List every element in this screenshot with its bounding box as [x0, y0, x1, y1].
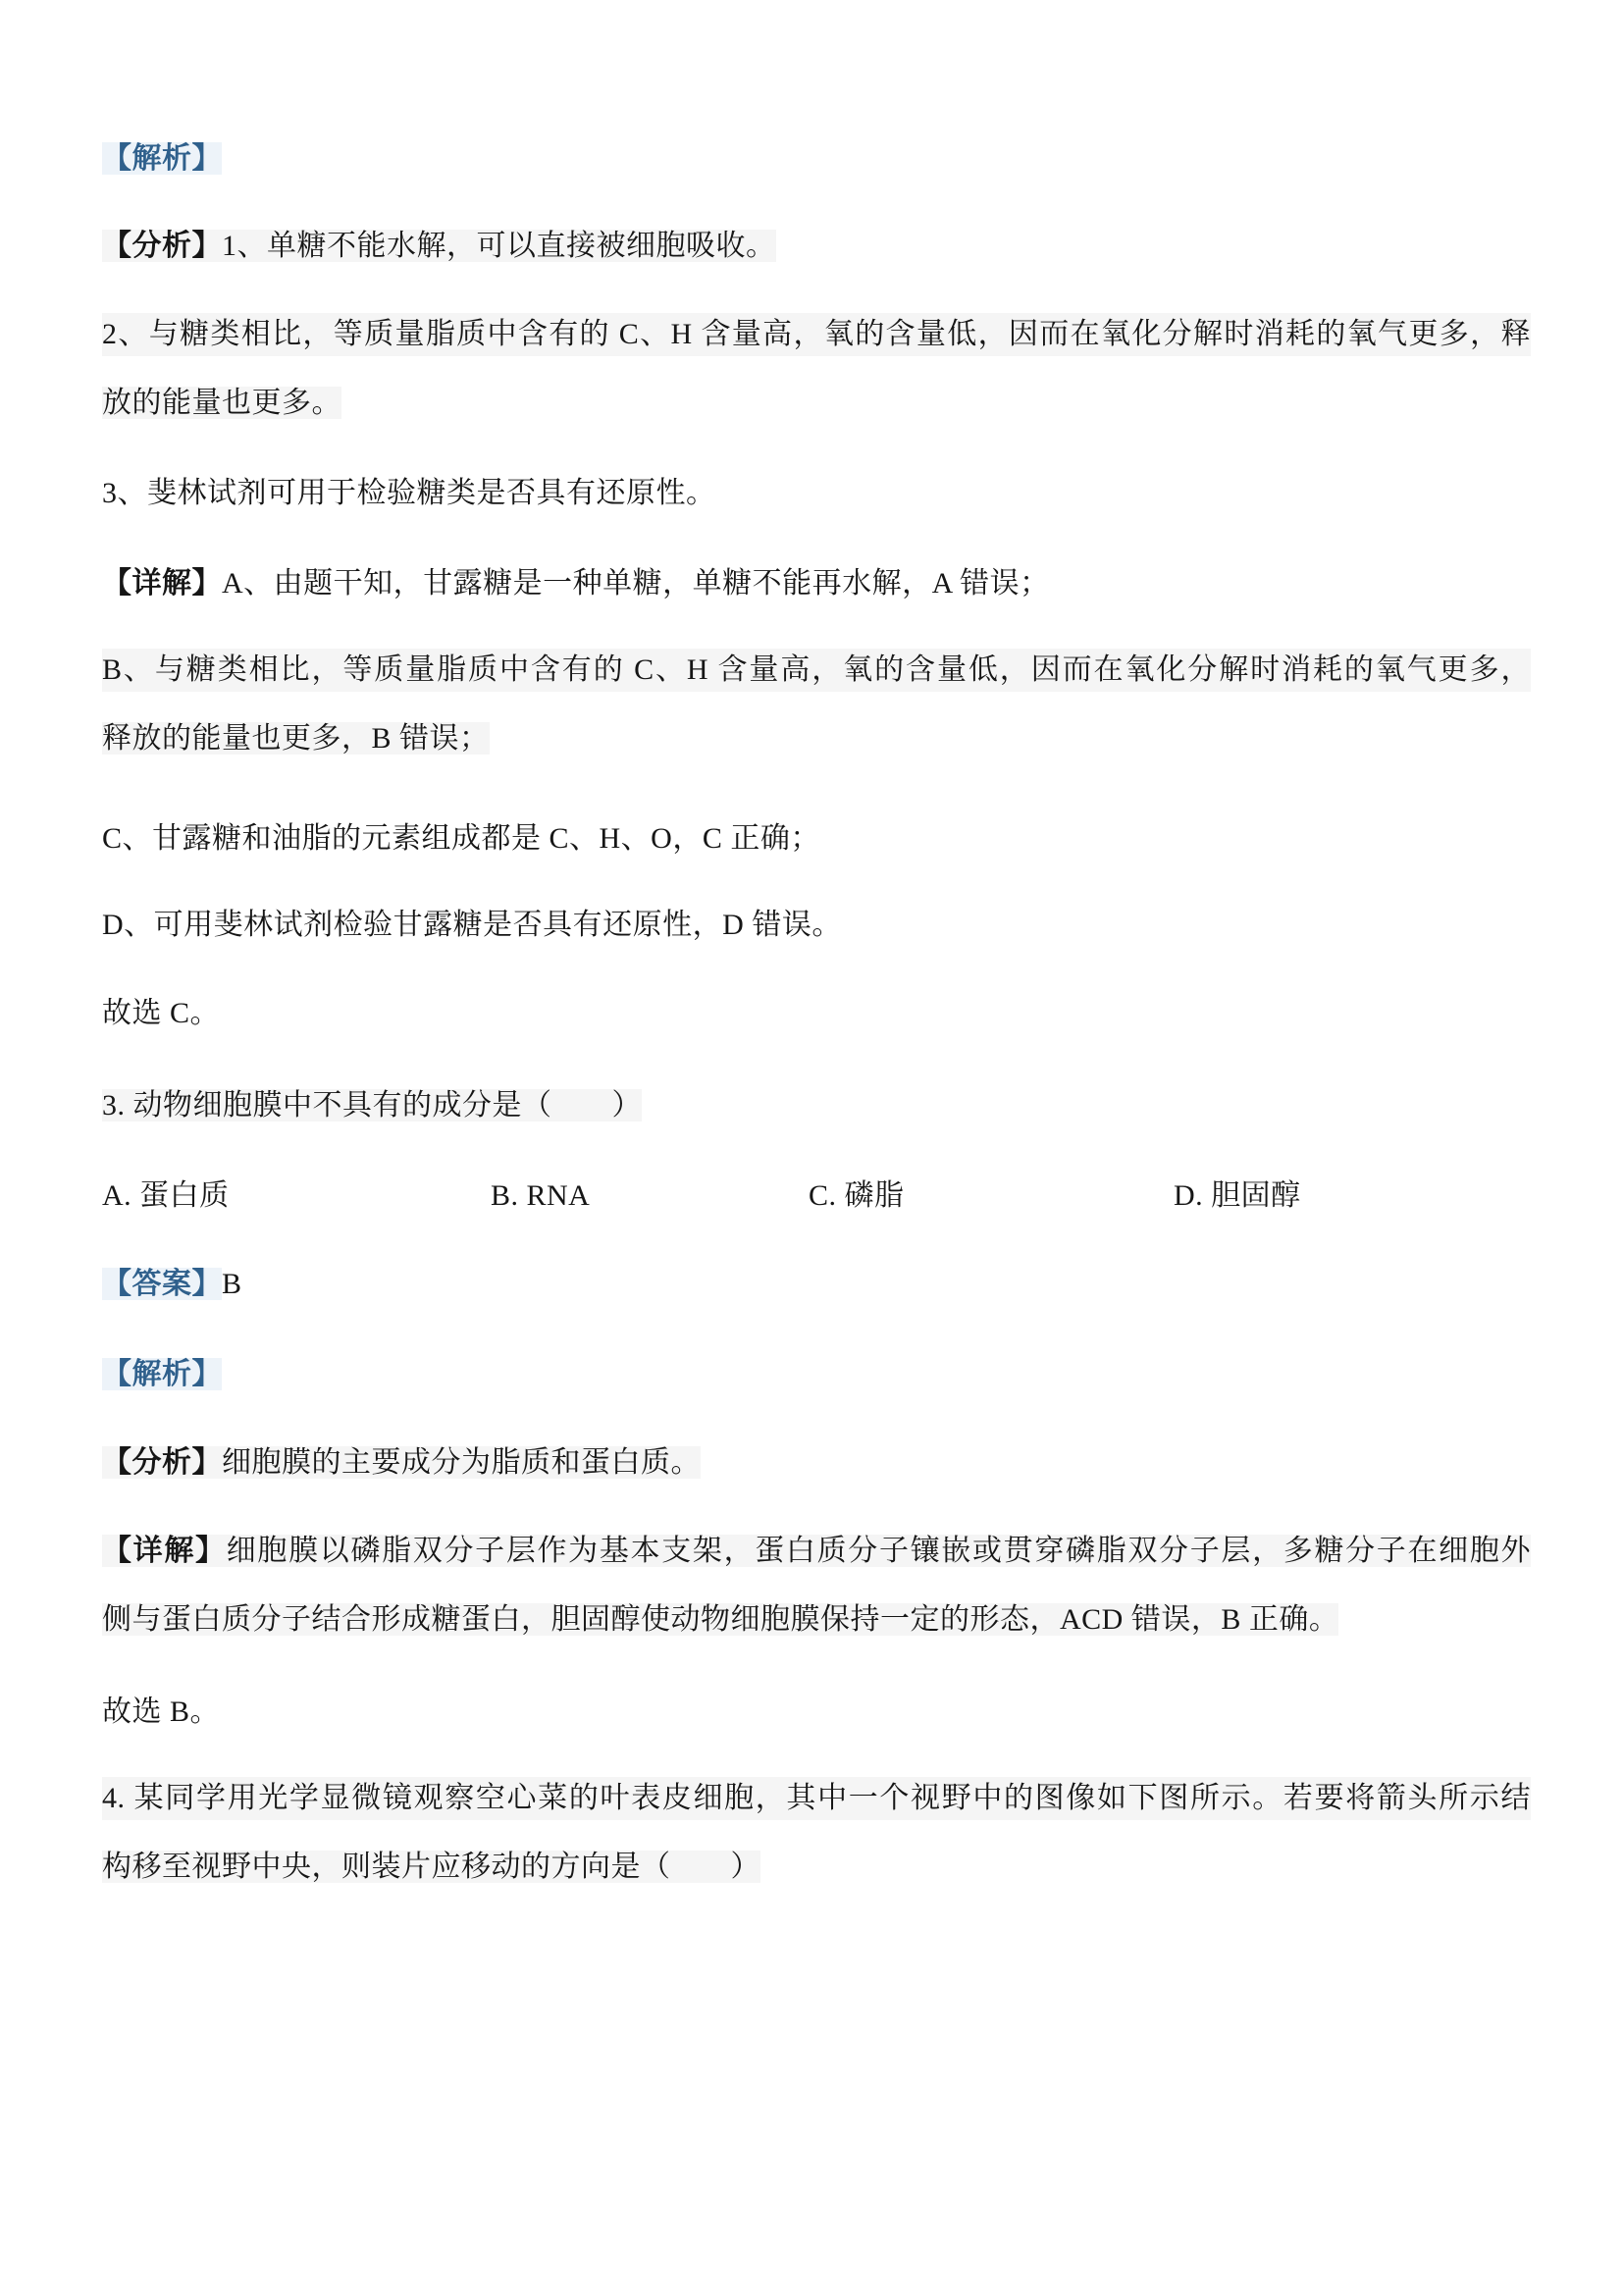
q2-detail-b-line1: B、与糖类相比，等质量脂质中含有的 C、H 含量高，氧的含量低，因而在氧化分解时… [102, 649, 1531, 692]
q2-detail-c-line: C、甘露糖和油脂的元素组成都是 C、H、O，C 正确； [102, 817, 1531, 861]
q4-stem-line2: 构移至视野中央，则装片应移动的方向是（ ） [102, 1846, 1531, 1889]
q3-stem-text: 3. 动物细胞膜中不具有的成分是（ ） [102, 1089, 642, 1122]
q3-fenxi-text: 细胞膜的主要成分为脂质和蛋白质。 [222, 1446, 701, 1479]
q2-detail-b-line2: 释放的能量也更多，B 错误； [102, 717, 1531, 760]
jiexi-tag: 【解析】 [102, 1358, 222, 1390]
answer-value: B [222, 1268, 242, 1300]
xiangjie-tag: 【详解】 [102, 567, 222, 600]
q2-point2-line2: 放的能量也更多。 [102, 382, 1531, 425]
detail-a-text: A、由题干知，甘露糖是一种单糖，单糖不能再水解，A 错误； [222, 567, 1050, 600]
q3-xiangjie-line2: 侧与蛋白质分子结合形成糖蛋白，胆固醇使动物细胞膜保持一定的形态，ACD 错误，B… [102, 1598, 1531, 1642]
q3-stem-line: 3. 动物细胞膜中不具有的成分是（ ） [102, 1084, 1531, 1127]
q3-option-c: C. 磷脂 [809, 1174, 905, 1218]
q3-answer-line: 【答案】B [102, 1263, 1531, 1306]
q2-fenxi-line: 【分析】1、单糖不能水解，可以直接被细胞吸收。 [102, 225, 1531, 268]
q3-fenxi-line: 【分析】细胞膜的主要成分为脂质和蛋白质。 [102, 1441, 1531, 1485]
q2-point3-line: 3、斐林试剂可用于检验糖类是否具有还原性。 [102, 472, 1531, 515]
q3-xiangjie-line1: 【详解】细胞膜以磷脂双分子层作为基本支架，蛋白质分子镶嵌或贯穿磷脂双分子层，多糖… [102, 1530, 1531, 1573]
q3-jiexi-line: 【解析】 [102, 1353, 1531, 1396]
q4-stem-line1: 4. 某同学用光学显微镜观察空心菜的叶表皮细胞，其中一个视野中的图像如下图所示。… [102, 1777, 1531, 1820]
fenxi-tag: 【分析】 [102, 1446, 222, 1479]
document-page: 【解析】 【分析】1、单糖不能水解，可以直接被细胞吸收。 2、与糖类相比，等质量… [0, 0, 1623, 2296]
q3-options-row: A. 蛋白质 B. RNA C. 磷脂 D. 胆固醇 [102, 1174, 1531, 1218]
jiexi-tag: 【解析】 [102, 142, 222, 175]
q3-option-b: B. RNA [491, 1174, 590, 1218]
q3-option-d: D. 胆固醇 [1174, 1174, 1301, 1218]
q2-conclusion-line: 故选 C。 [102, 992, 1531, 1035]
fenxi-tag: 【分析】 [102, 230, 222, 262]
answer-tag: 【答案】 [102, 1268, 222, 1300]
q2-point2-line1: 2、与糖类相比，等质量脂质中含有的 C、H 含量高，氧的含量低，因而在氧化分解时… [102, 313, 1531, 356]
q2-detail-d-line: D、可用斐林试剂检验甘露糖是否具有还原性，D 错误。 [102, 904, 1531, 947]
q3-option-a: A. 蛋白质 [102, 1174, 230, 1218]
q2-xiangjie-line: 【详解】A、由题干知，甘露糖是一种单糖，单糖不能再水解，A 错误； [102, 562, 1531, 605]
fenxi-text: 1、单糖不能水解，可以直接被细胞吸收。 [222, 230, 776, 262]
xiangjie-tag: 【详解】 [102, 1535, 227, 1567]
q2-jiexi-line: 【解析】 [102, 137, 1531, 181]
q3-conclusion-line: 故选 B。 [102, 1691, 1531, 1734]
